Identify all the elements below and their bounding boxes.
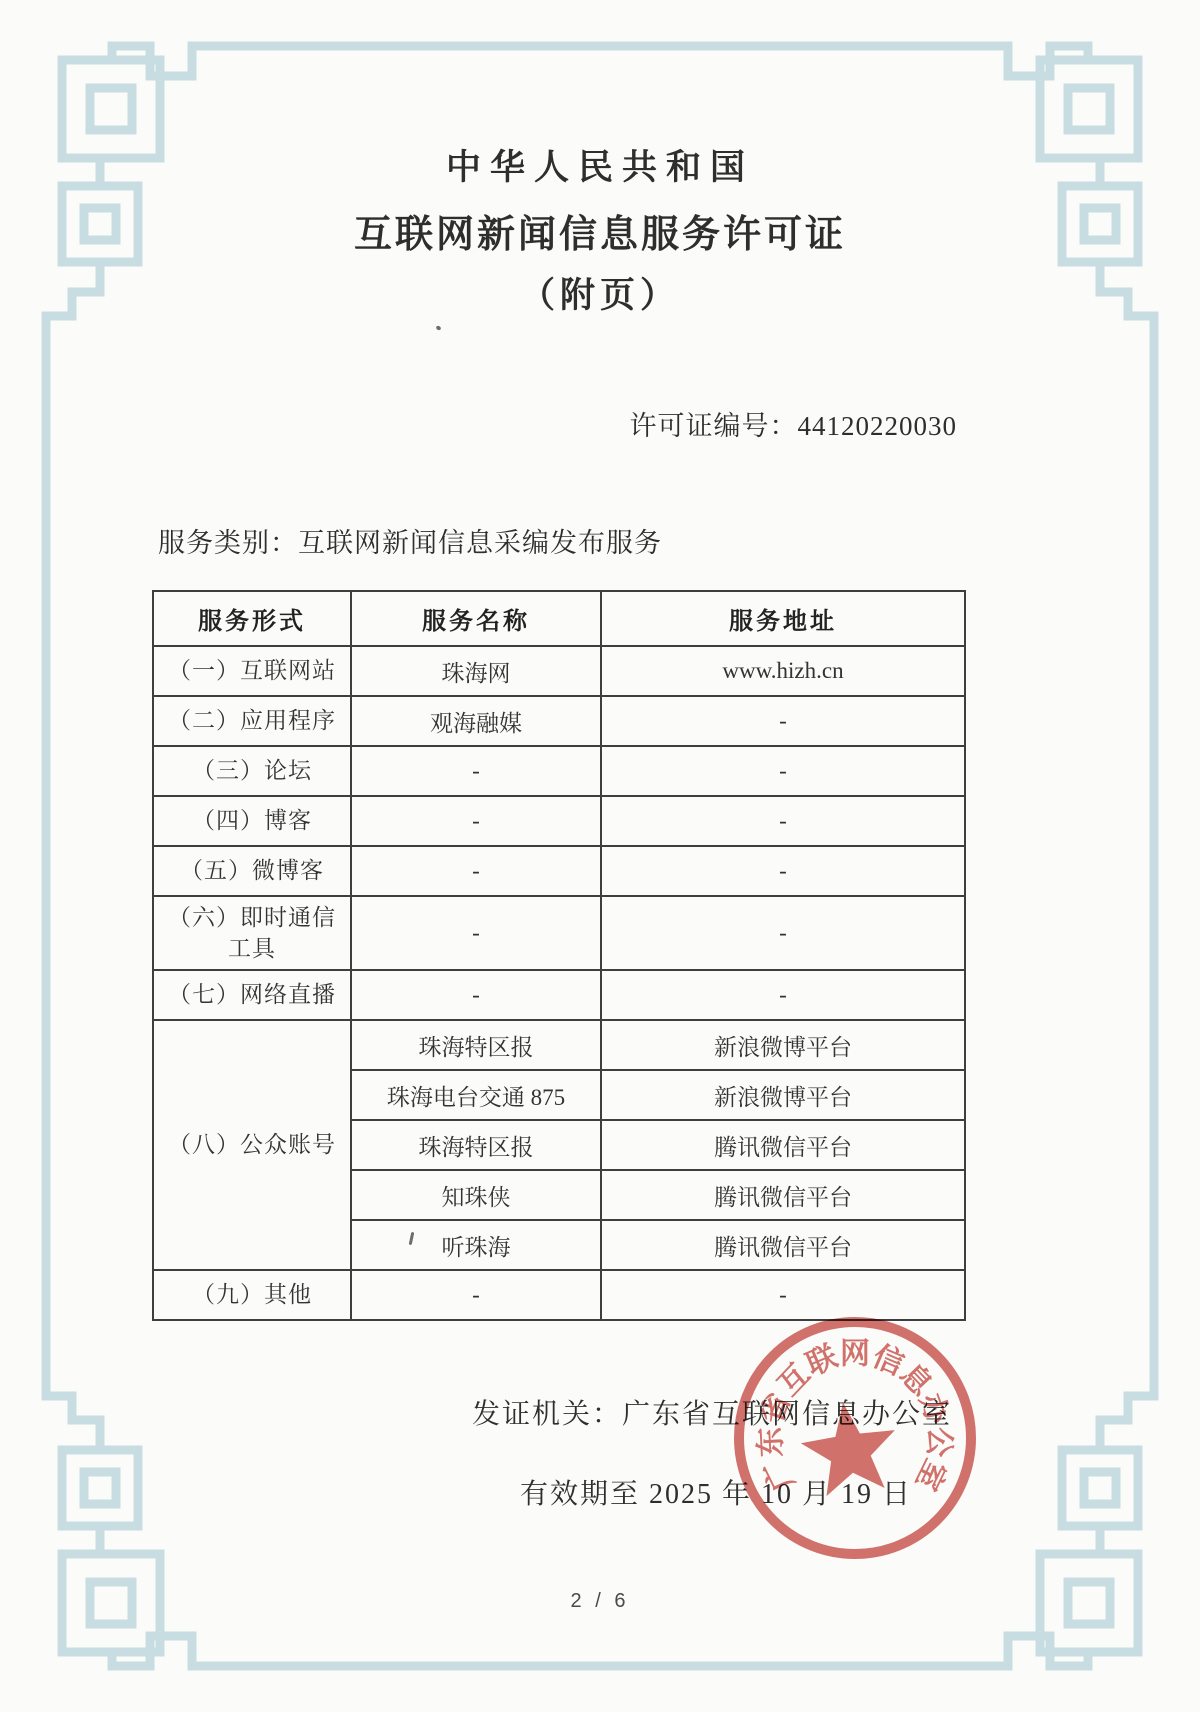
- table-cell-service-name: -: [351, 970, 601, 1020]
- table-row: （七）网络直播--: [153, 970, 965, 1020]
- seal-arc-character: 网: [840, 1338, 870, 1371]
- table-cell-service-form: （六）即时通信 工具: [153, 896, 351, 970]
- table-row: （二）应用程序观海融媒-: [153, 696, 965, 746]
- license-number-line: 许可证编号：44120220030: [630, 404, 958, 443]
- table-cell-service-name: -: [351, 1270, 601, 1320]
- table-cell-service-name: -: [351, 796, 601, 846]
- table-cell-service-address: -: [601, 1270, 965, 1320]
- services-table: 服务形式 服务名称 服务地址 （一）互联网站珠海网www.hizh.cn（二）应…: [152, 590, 966, 1321]
- table-cell-service-form: （七）网络直播: [153, 970, 351, 1020]
- table-cell-service-form: （四）博客: [153, 796, 351, 846]
- issuing-authority-line: 发证机关：广东省互联网信息办公室: [472, 1392, 952, 1432]
- table-cell-service-name: 珠海网: [351, 646, 601, 696]
- table-cell-service-address: -: [601, 970, 965, 1020]
- seal-arc-character: 室: [909, 1454, 952, 1495]
- table-cell-service-name: 观海融媒: [351, 696, 601, 746]
- table-cell-service-address: -: [601, 896, 965, 970]
- services-table-body: （一）互联网站珠海网www.hizh.cn（二）应用程序观海融媒-（三）论坛--…: [153, 646, 965, 1320]
- license-document-page: 中华人民共和国 互联网新闻信息服务许可证 （附页） 许可证编号：44120220…: [0, 0, 1200, 1712]
- attachment-subtitle: （附页）: [0, 268, 1200, 318]
- service-category-line: 服务类别：互联网新闻信息采编发布服务: [158, 521, 662, 560]
- seal-arc-character: 联: [802, 1340, 843, 1382]
- table-cell-service-address: www.hizh.cn: [601, 646, 965, 696]
- column-header-service-name: 服务名称: [351, 591, 601, 646]
- table-cell-service-form: （九）其他: [153, 1270, 351, 1320]
- table-cell-service-address: -: [601, 746, 965, 796]
- table-cell-service-name: -: [351, 846, 601, 896]
- table-cell-service-name: 珠海电台交通 875: [351, 1070, 601, 1120]
- validity-date-line: 有效期至 2025 年 10 月 19 日: [520, 1472, 912, 1512]
- table-cell-service-address: 新浪微博平台: [601, 1020, 965, 1070]
- table-cell-service-name: 珠海特区报: [351, 1020, 601, 1070]
- table-row: （三）论坛--: [153, 746, 965, 796]
- table-cell-service-form: （八）公众账号: [153, 1020, 351, 1270]
- table-cell-service-address: -: [601, 696, 965, 746]
- table-cell-service-address: 腾讯微信平台: [601, 1120, 965, 1170]
- table-cell-service-address: -: [601, 846, 965, 896]
- country-title: 中华人民共和国: [0, 140, 1200, 190]
- service-category-label: 服务类别：: [158, 528, 298, 558]
- column-header-service-address: 服务地址: [601, 591, 965, 646]
- table-row: （一）互联网站珠海网www.hizh.cn: [153, 646, 965, 696]
- column-header-service-form: 服务形式: [153, 591, 351, 646]
- table-row: （五）微博客--: [153, 846, 965, 896]
- table-row: （八）公众账号珠海特区报新浪微博平台: [153, 1020, 965, 1070]
- table-cell-service-address: 新浪微博平台: [601, 1070, 965, 1120]
- table-cell-service-name: 珠海特区报: [351, 1120, 601, 1170]
- table-cell-service-address: 腾讯微信平台: [601, 1220, 965, 1270]
- seal-ring: [739, 1322, 971, 1554]
- table-row: （六）即时通信 工具--: [153, 896, 965, 970]
- table-cell-service-form: （一）互联网站: [153, 646, 351, 696]
- seal-arc-character: 信: [868, 1339, 909, 1382]
- table-cell-service-address: 腾讯微信平台: [601, 1170, 965, 1220]
- license-number-label: 许可证编号：: [630, 411, 798, 441]
- table-cell-service-name: 听珠海: [351, 1220, 601, 1270]
- table-row: （九）其他--: [153, 1270, 965, 1320]
- scan-speck: [435, 325, 441, 331]
- table-cell-service-form: （五）微博客: [153, 846, 351, 896]
- page-number: 2 / 6: [0, 1590, 1200, 1613]
- license-number-value: 44120220030: [798, 411, 958, 441]
- table-cell-service-form: （二）应用程序: [153, 696, 351, 746]
- table-header-row: 服务形式 服务名称 服务地址: [153, 591, 965, 646]
- license-title: 互联网新闻信息服务许可证: [0, 203, 1200, 258]
- table-cell-service-address: -: [601, 796, 965, 846]
- service-category-value: 互联网新闻信息采编发布服务: [298, 528, 662, 558]
- table-row: （四）博客--: [153, 796, 965, 846]
- issuing-authority-label: 发证机关：: [472, 1399, 622, 1430]
- table-cell-service-form: （三）论坛: [153, 746, 351, 796]
- table-cell-service-name: -: [351, 896, 601, 970]
- issuing-authority-value: 广东省互联网信息办公室: [622, 1399, 952, 1430]
- table-cell-service-name: -: [351, 746, 601, 796]
- table-cell-service-name: 知珠侠: [351, 1170, 601, 1220]
